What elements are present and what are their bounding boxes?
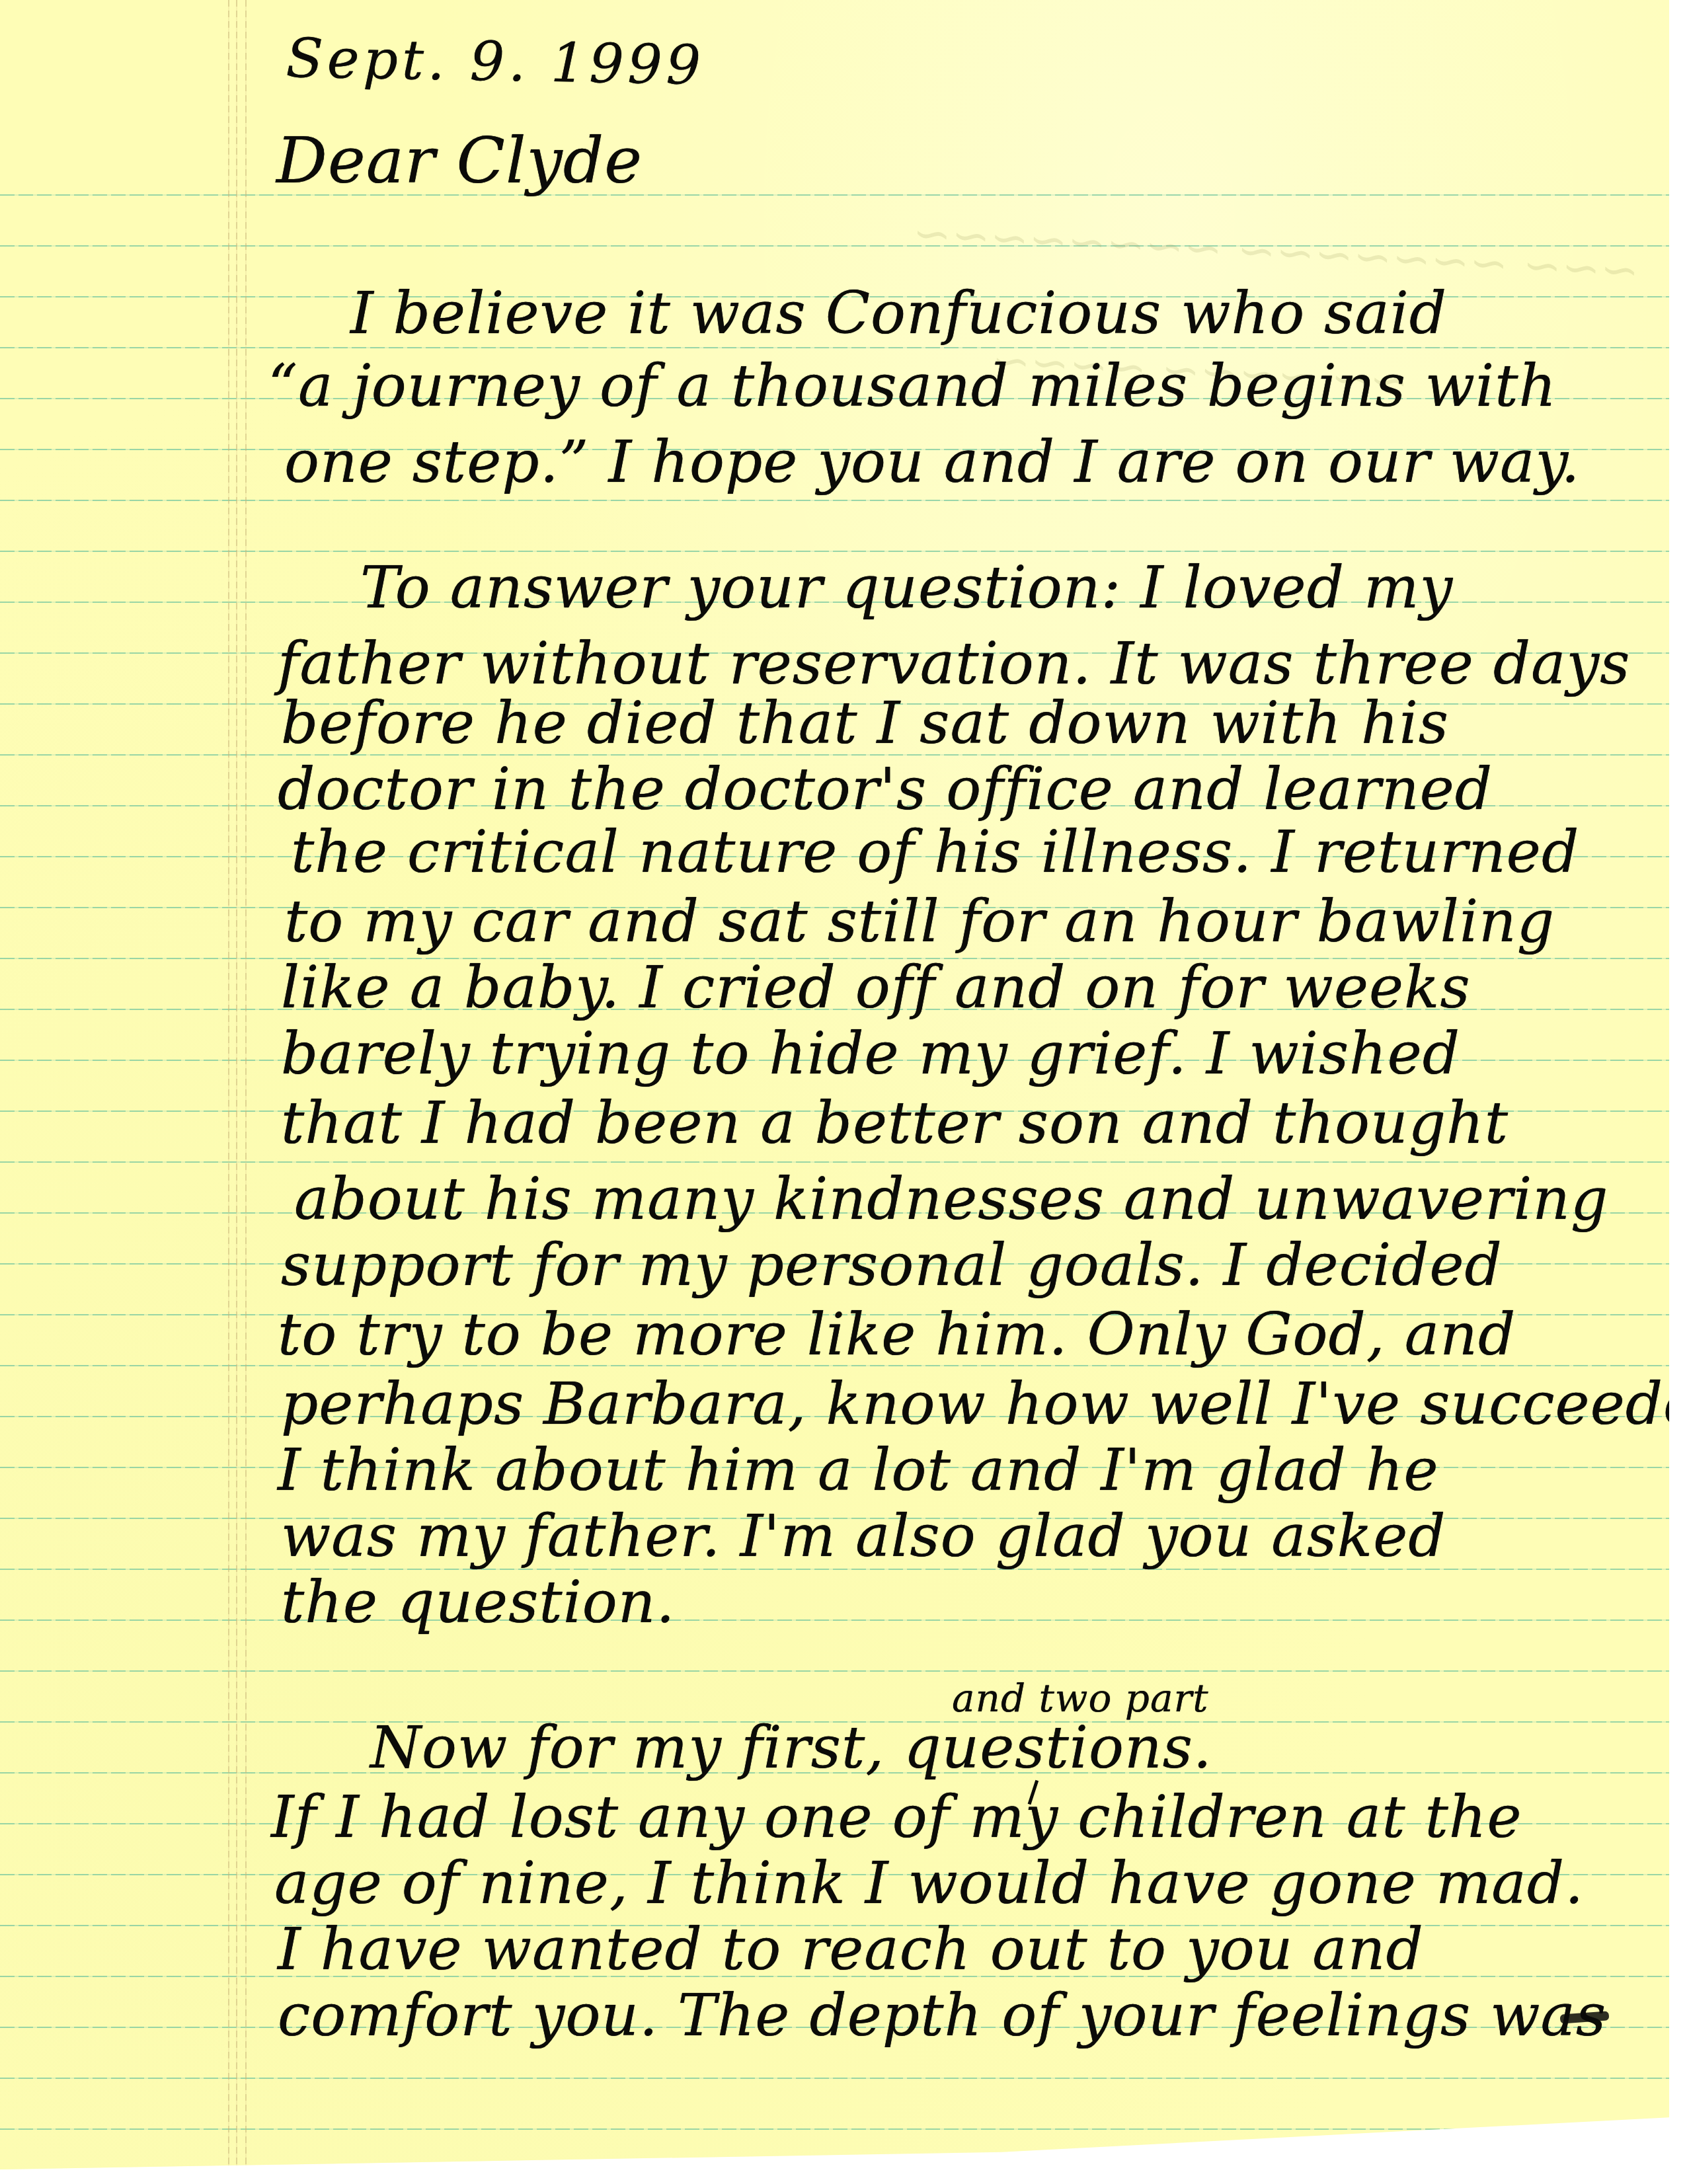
- letter-line: barely trying to hide my grief. I wished: [281, 1025, 1460, 1083]
- letter-line: “a journey of a thousand miles begins wi…: [268, 357, 1557, 415]
- letter-line: perhaps Barbara, know how well I've succ…: [281, 1375, 1687, 1433]
- margin-line: [236, 0, 237, 2169]
- ruled-line: [0, 551, 1669, 552]
- letter-line: like a baby. I cried off and on for week…: [281, 958, 1471, 1017]
- letter-line: father without reservation. It was three…: [278, 635, 1630, 693]
- letter-line: one step.” I hope you and I are on our w…: [284, 433, 1581, 491]
- legal-pad-page: ~~~ ~~~~~~~ ~~~~~~~~ ~~ ~~~~ ~~~~ Sept. …: [0, 0, 1669, 2169]
- letter-line: before he died that I sat down with his: [281, 694, 1449, 752]
- letter-line: age of nine, I think I would have gone m…: [274, 1854, 1584, 1912]
- letter-line: to my car and sat still for an hour bawl…: [284, 892, 1555, 951]
- letter-salutation: Dear Clyde: [276, 129, 643, 192]
- letter-line: to try to be more like him. Only God, an…: [278, 1306, 1516, 1364]
- letter-line: that I had been a better son and thought: [281, 1094, 1509, 1152]
- overwritten-letters: as: [1541, 1986, 1607, 2045]
- letter-line: I think about him a lot and I'm glad he: [278, 1441, 1439, 1499]
- ruled-line: [0, 2078, 1669, 2079]
- ruled-line: [0, 347, 1669, 348]
- ruled-line: [0, 1161, 1669, 1163]
- letter-line: If I had lost any one of my children at …: [271, 1788, 1522, 1846]
- inserted-text: and two part: [952, 1679, 1209, 1717]
- letter-line: about his many kindnesses and unwavering: [294, 1170, 1608, 1228]
- letter-line: I have wanted to reach out to you and: [278, 1920, 1424, 1978]
- letter-line: doctor in the doctor's office and learne…: [278, 760, 1493, 818]
- letter-line-text: comfort you. The depth of your feelings …: [278, 1981, 1541, 2049]
- letter-line: the question.: [281, 1573, 675, 1631]
- letter-line: Now for my first, questions.: [370, 1719, 1212, 1777]
- letter-line: was my father. I'm also glad you asked: [281, 1507, 1446, 1565]
- letter-date: Sept. 9. 1999: [286, 32, 705, 93]
- letter-line: To answer your question: I loved my: [360, 559, 1453, 617]
- letter-line: I believe it was Confucious who said: [350, 284, 1447, 342]
- ruled-line: [0, 194, 1669, 196]
- letter-line: the critical nature of his illness. I re…: [291, 823, 1579, 881]
- margin-line: [245, 0, 247, 2169]
- ruled-line: [0, 500, 1669, 501]
- letter-line-last: comfort you. The depth of your feelings …: [278, 1986, 1606, 2045]
- letter-line: support for my personal goals. I decided: [281, 1236, 1503, 1294]
- ruled-line: [0, 2128, 1669, 2130]
- margin-line: [228, 0, 229, 2169]
- ruled-line: [0, 1619, 1669, 1621]
- ruled-line: [0, 1670, 1669, 1672]
